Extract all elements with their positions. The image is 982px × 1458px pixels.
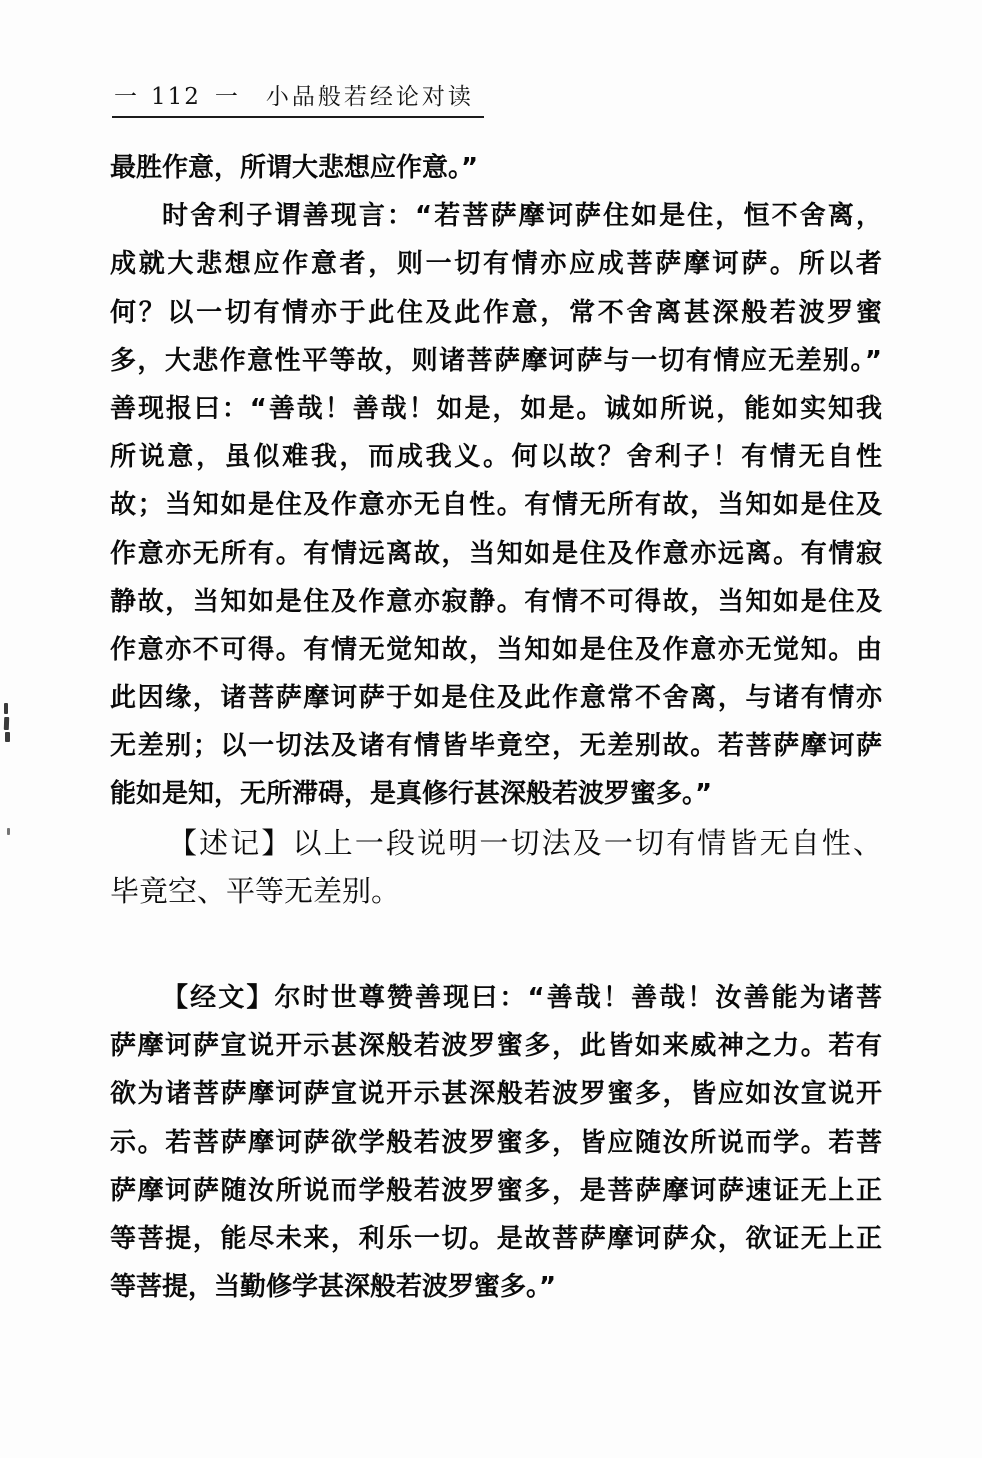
text-line: 多，大悲作意性平等故，则诸菩萨摩诃萨与一切有情应无差别。” [110, 337, 882, 385]
paragraph-dialogue: 时舍利子谓善现言：“若菩萨摩诃萨住如是住，恒不舍离，成就大悲想应作意者，则一切有… [110, 192, 882, 818]
scan-artifact [4, 703, 8, 714]
text-line: 毕竟空、平等无差别。 [110, 867, 882, 915]
scanned-book-page: 一112一小品般若经论对读 最胜作意，所谓大悲想应作意。”时舍利子谓善现言：“若… [0, 0, 982, 1458]
text-line: 等菩提，能尽未来，利乐一切。是故菩萨摩诃萨众，欲证无上正 [110, 1215, 882, 1263]
text-line: 无差别；以一切法及诸有情皆毕竟空，无差别故。若菩萨摩诃萨 [110, 722, 882, 770]
paragraph-jingwen-sutra: 【经文】尔时世尊赞善现曰：“善哉！善哉！汝善能为诸菩萨摩诃萨宣说开示甚深般若波罗… [110, 974, 882, 1311]
text-line: 时舍利子谓善现言：“若菩萨摩诃萨住如是住，恒不舍离， [110, 192, 882, 240]
book-title: 小品般若经论对读 [266, 84, 474, 110]
text-line: 【述记】以上一段说明一切法及一切有情皆无自性、 [110, 819, 882, 867]
text-line: 萨摩诃萨宣说开示甚深般若波罗蜜多，此皆如来威神之力。若有 [110, 1022, 882, 1070]
text-line: 故；当知如是住及作意亦无自性。有情无所有故，当知如是住及 [110, 481, 882, 529]
text-line: 成就大悲想应作意者，则一切有情亦应成菩萨摩诃萨。所以者 [110, 240, 882, 288]
page-number-dash-right: 一 [215, 84, 238, 110]
running-head: 一112一小品般若经论对读 [112, 84, 484, 118]
text-line: 何？以一切有情亦于此住及此作意，常不舍离甚深般若波罗蜜 [110, 289, 882, 337]
scan-artifact [4, 717, 9, 730]
text-line: 作意亦无所有。有情远离故，当知如是住及作意亦远离。有情寂 [110, 530, 882, 578]
scan-artifact [5, 732, 10, 742]
page-number: 112 [151, 84, 201, 110]
paragraph-continuation: 最胜作意，所谓大悲想应作意。” [110, 144, 882, 192]
text-line: 能如是知，无所滞碍，是真修行甚深般若波罗蜜多。” [110, 770, 882, 818]
text-line: 示。若菩萨摩诃萨欲学般若波罗蜜多，皆应随汝所说而学。若菩 [110, 1119, 882, 1167]
text-line: 善现报曰：“善哉！善哉！如是，如是。诚如所说，能如实知我 [110, 385, 882, 433]
text-line: 作意亦不可得。有情无觉知故，当知如是住及作意亦无觉知。由 [110, 626, 882, 674]
text-line: 最胜作意，所谓大悲想应作意。” [110, 144, 882, 192]
page-number-dash-left: 一 [114, 84, 137, 110]
text-line: 【经文】尔时世尊赞善现曰：“善哉！善哉！汝善能为诸菩 [110, 974, 882, 1022]
text-line: 萨摩诃萨随汝所说而学般若波罗蜜多，是菩萨摩诃萨速证无上正 [110, 1167, 882, 1215]
scan-artifact [7, 828, 10, 835]
text-line: 静故，当知如是住及作意亦寂静。有情不可得故，当知如是住及 [110, 578, 882, 626]
text-line: 所说意，虽似难我，而成我义。何以故？舍利子！有情无自性 [110, 433, 882, 481]
text-line: 等菩提，当勤修学甚深般若波罗蜜多。” [110, 1263, 882, 1311]
page-body: 最胜作意，所谓大悲想应作意。”时舍利子谓善现言：“若菩萨摩诃萨住如是住，恒不舍离… [110, 144, 882, 1311]
text-line: 欲为诸菩萨摩诃萨宣说开示甚深般若波罗蜜多，皆应如汝宣说开 [110, 1070, 882, 1118]
text-line: 此因缘，诸菩萨摩诃萨于如是住及此作意常不舍离，与诸有情亦 [110, 674, 882, 722]
paragraph-shuji-note: 【述记】以上一段说明一切法及一切有情皆无自性、毕竟空、平等无差别。 [110, 819, 882, 915]
